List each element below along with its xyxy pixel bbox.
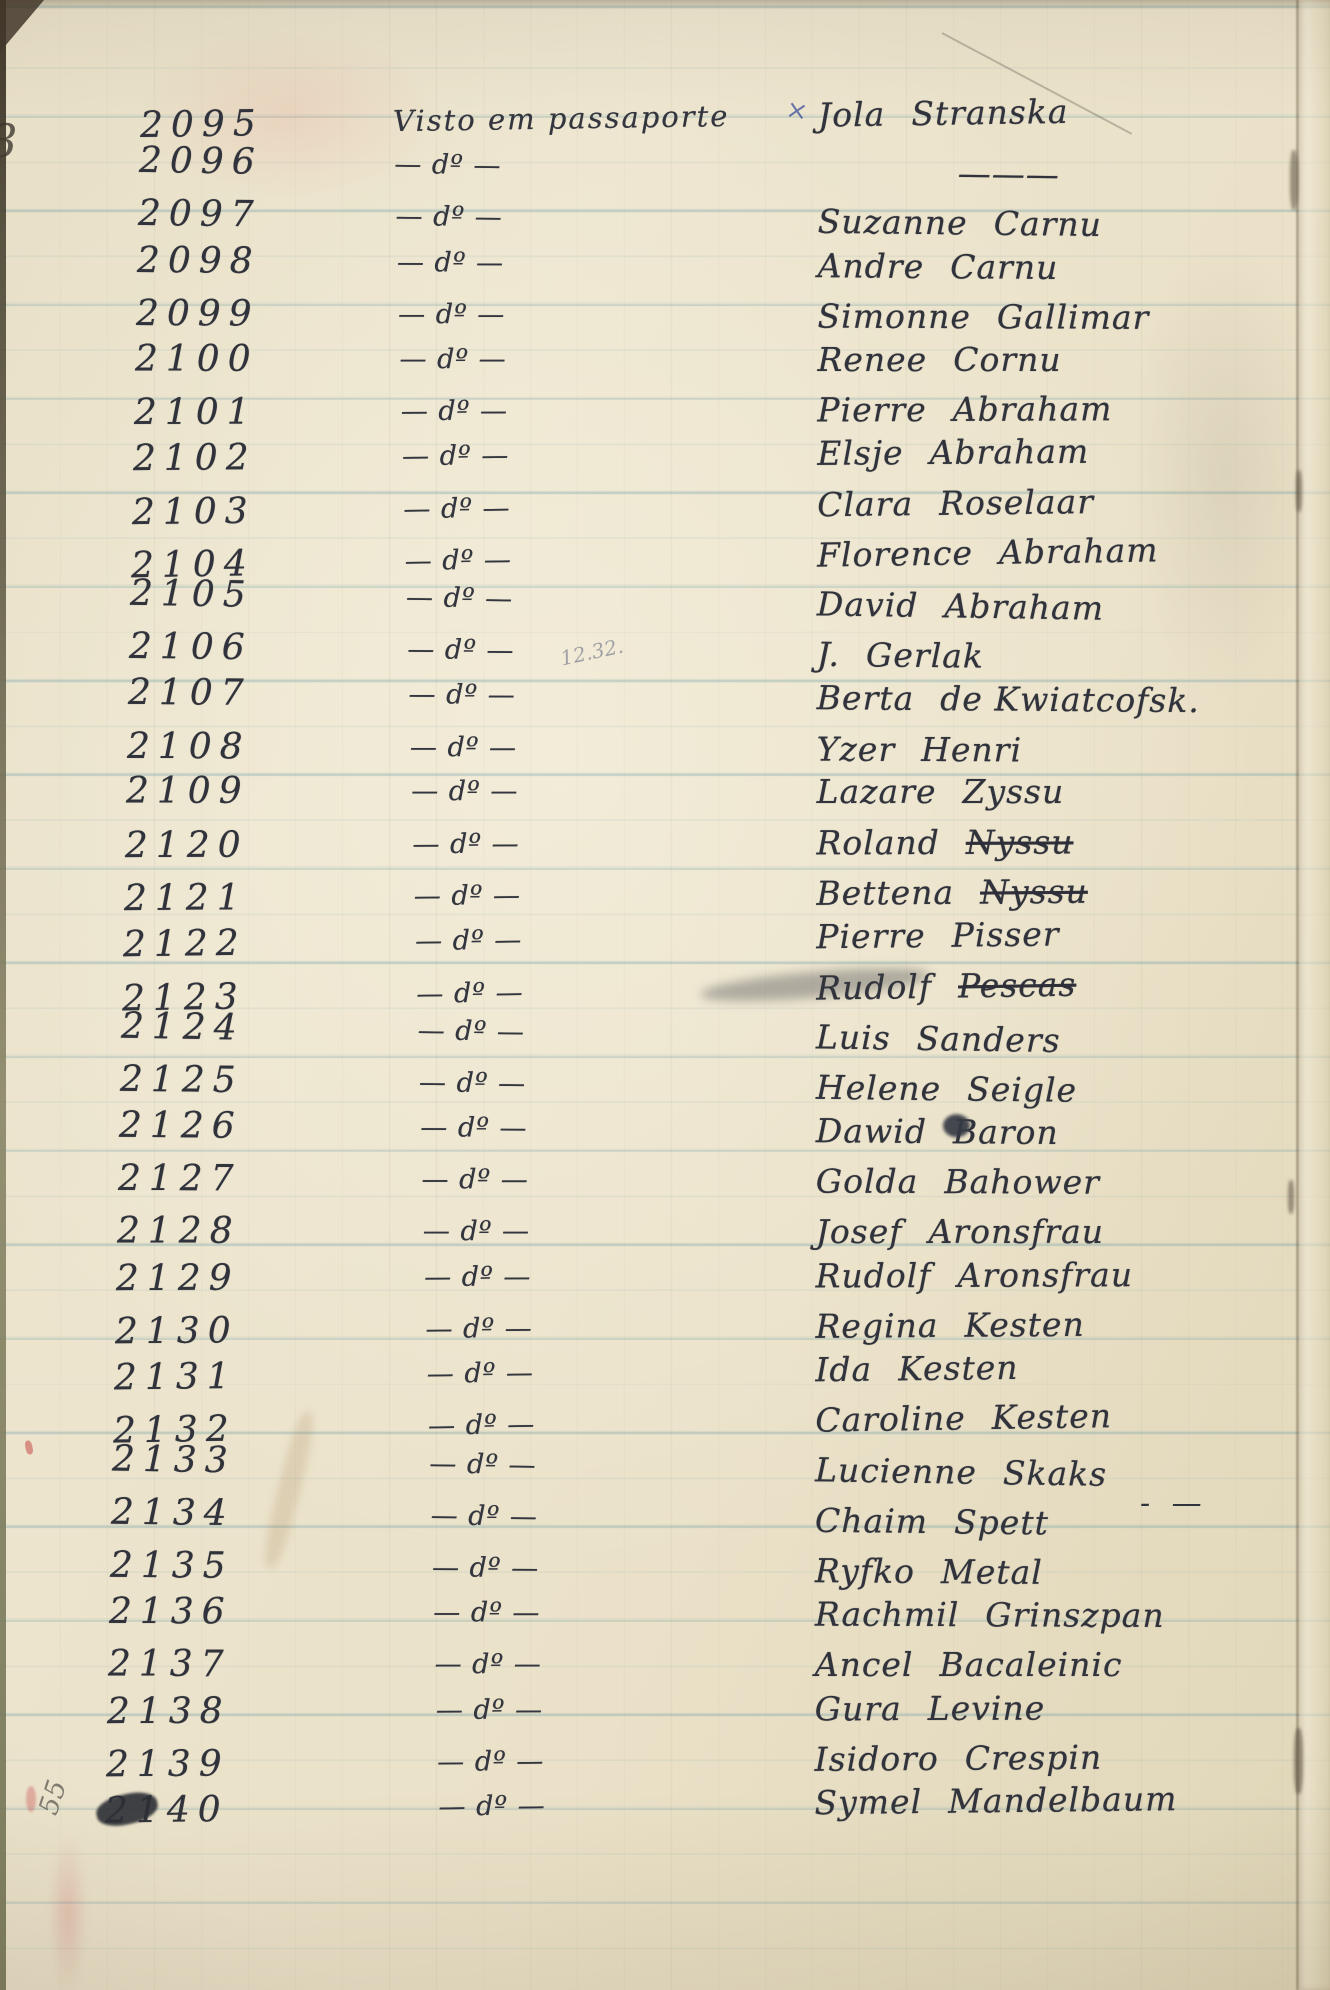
entry-name: GuraLevine bbox=[746, 1687, 1330, 1728]
entry-name: PierrePisser bbox=[725, 911, 1330, 957]
entry-given-name: Ida bbox=[815, 1349, 872, 1389]
ditto-mark: — dº — bbox=[427, 1355, 737, 1390]
entry-surname: Abraham bbox=[929, 432, 1089, 472]
tear-mark bbox=[1296, 470, 1302, 512]
ditto-mark: — dº — bbox=[402, 439, 712, 472]
ledger-row: 2098 — dº — AndreCarnu bbox=[0, 234, 1330, 292]
ditto-mark: — dº — bbox=[435, 1649, 745, 1680]
ledger-row: 2137 — dº — AncelBacaleinic bbox=[0, 1640, 1330, 1688]
entry-given-name: Caroline bbox=[815, 1398, 966, 1439]
ditto-mark: — dº — bbox=[424, 1260, 734, 1292]
ditto-mark: — dº — bbox=[431, 1500, 741, 1535]
entry-number: 2131 bbox=[0, 1355, 334, 1400]
entry-name: SimonneGallimar bbox=[708, 295, 1330, 336]
entry-surname: Grinszpan bbox=[985, 1595, 1164, 1635]
tear-mark bbox=[1290, 150, 1298, 210]
ditto-mark: — dº — bbox=[436, 1693, 746, 1725]
entry-surname: Pescas bbox=[958, 964, 1077, 1005]
entry-surname: Spett bbox=[954, 1502, 1049, 1542]
ditto-mark: — dº — bbox=[417, 1015, 727, 1051]
entry-surname: Sanders bbox=[916, 1018, 1060, 1059]
entry-surname: Abraham bbox=[944, 586, 1104, 627]
ditto-mark: — dº — bbox=[437, 1744, 747, 1777]
entry-surname: Abraham bbox=[953, 389, 1113, 429]
ditto-mark: — dº — bbox=[412, 827, 722, 859]
entry-number: 2106 bbox=[0, 624, 349, 669]
entry-number: 2126 bbox=[0, 1104, 339, 1148]
entry-given-name: Florence bbox=[817, 533, 973, 574]
entry-name: RudolfAronsfrau bbox=[734, 1254, 1330, 1295]
entry-given-name: Roland bbox=[816, 822, 939, 861]
entry-surname: Aronsfrau bbox=[928, 1212, 1104, 1251]
right-torn-margin bbox=[1299, 0, 1330, 1990]
ditto-mark: — dº — bbox=[433, 1597, 743, 1629]
entry-name: ElsjeAbraham bbox=[712, 430, 1330, 474]
entry-number: 2108 bbox=[0, 725, 347, 767]
ditto-mark: Visto em passaporte bbox=[393, 99, 703, 138]
entry-number: 2133 bbox=[0, 1436, 332, 1482]
entry-surname: Kesten bbox=[898, 1348, 1019, 1388]
ditto-mark: — dº — bbox=[404, 541, 714, 577]
entry-given-name: J. bbox=[817, 634, 841, 673]
entry-name: SymelMandelbaum bbox=[748, 1777, 1330, 1823]
entry-given-name: Josef bbox=[816, 1212, 903, 1251]
ditto-mark: — dº — bbox=[400, 344, 710, 375]
entry-surname: Levine bbox=[928, 1688, 1046, 1727]
entry-surname: Carnu bbox=[950, 246, 1059, 286]
entry-number: 2103 bbox=[0, 489, 352, 534]
entry-surname: Bahower bbox=[944, 1162, 1100, 1202]
entry-number: 2101 bbox=[0, 391, 354, 433]
ledger-row: 2100 — dº — ReneeCornu bbox=[0, 335, 1330, 383]
entry-name: PierreAbraham bbox=[711, 388, 1330, 429]
entry-surname: Nyssu bbox=[966, 822, 1074, 861]
entry-number: 2099 bbox=[0, 292, 356, 334]
ditto-mark: — dº — bbox=[408, 679, 718, 712]
entry-number: 2096 bbox=[0, 137, 359, 184]
ditto-mark: — dº — bbox=[415, 922, 725, 957]
entry-number: 2125 bbox=[0, 1057, 340, 1102]
ditto-mark: — dº — bbox=[438, 1788, 748, 1823]
entry-given-name: Chaim bbox=[815, 1500, 928, 1540]
entry-name: YzerHenri bbox=[720, 728, 1330, 769]
entry-surname: de Kwiatcofsk. bbox=[940, 679, 1200, 720]
entry-name: LazareZyssu bbox=[721, 772, 1330, 811]
entry-given-name: Ancel bbox=[815, 1645, 914, 1684]
tear-mark bbox=[1294, 1728, 1303, 1794]
entry-name: AncelBacaleinic bbox=[745, 1645, 1330, 1684]
entry-name: ChaimSpett bbox=[740, 1499, 1330, 1545]
entry-number: 2135 bbox=[0, 1543, 330, 1587]
entry-surname: Roselaar bbox=[939, 481, 1094, 522]
ditto-mark: — dº — bbox=[429, 1447, 739, 1483]
entry-surname: Nyssu bbox=[980, 871, 1088, 911]
entry-given-name: Lucienne bbox=[815, 1449, 977, 1490]
ditto-mark: — dº — bbox=[420, 1112, 730, 1145]
entry-name: LuisSanders bbox=[727, 1015, 1330, 1063]
row-2134-extra-dashes: - — bbox=[1140, 1486, 1208, 1521]
entry-name: GoldaBahower bbox=[732, 1161, 1330, 1202]
entry-given-name: Dawid bbox=[816, 1111, 927, 1151]
entry-name: RyfkoMetal bbox=[742, 1550, 1330, 1594]
entry-given-name: Pierre bbox=[816, 916, 926, 956]
ledger-row: 2099 — dº — SimonneGallimar bbox=[0, 288, 1330, 341]
ditto-mark: — dº — bbox=[398, 298, 708, 330]
ditto-mark: — dº — bbox=[416, 973, 726, 1009]
entry-given-name: Bettena bbox=[816, 872, 954, 912]
top-edge-shadow bbox=[0, 0, 1330, 10]
entry-given-name: Regina bbox=[815, 1305, 938, 1345]
entry-given-name: Helene bbox=[816, 1067, 942, 1107]
entry-given-name: Luis bbox=[816, 1017, 891, 1057]
entry-name: CarolineKesten bbox=[738, 1393, 1330, 1441]
entry-given-name: Simonne bbox=[818, 296, 972, 336]
entry-surname: Aronsfrau bbox=[957, 1254, 1133, 1294]
entry-name: IsidoroCrespin bbox=[747, 1735, 1330, 1778]
ditto-mark: — dº — bbox=[423, 1216, 733, 1247]
entry-number: 2130 bbox=[0, 1309, 335, 1353]
entry-given-name: Rachmil bbox=[815, 1594, 960, 1634]
entry-given-name: Pierre bbox=[817, 390, 927, 429]
entry-surname: Pisser bbox=[951, 914, 1059, 954]
ledger-rows: 2095 Visto em passaporte JolaStranska 20… bbox=[0, 0, 1330, 1990]
ditto-mark: — dº — bbox=[422, 1164, 732, 1196]
entry-surname: Bacaleinic bbox=[939, 1645, 1122, 1684]
entry-number: 2121 bbox=[0, 876, 344, 920]
ditto-mark: — dº — bbox=[419, 1067, 729, 1102]
ditto-mark: — dº — bbox=[406, 582, 716, 618]
tear-mark bbox=[1288, 1180, 1294, 1214]
entry-given-name: Berta bbox=[817, 678, 915, 718]
ledger-row: 2128 — dº — JosefAronsfrau bbox=[0, 1208, 1330, 1256]
entry-given-name: Yzer bbox=[817, 729, 896, 768]
entry-number: 2105 bbox=[0, 570, 350, 616]
entry-given-name: Andre bbox=[818, 245, 925, 285]
entry-given-name: Isidoro bbox=[814, 1738, 938, 1778]
entry-number: 2124 bbox=[0, 1003, 341, 1049]
entry-surname: Skaks bbox=[1003, 1452, 1108, 1493]
entry-number: 2136 bbox=[0, 1590, 329, 1632]
entry-given-name: Suzanne bbox=[818, 202, 968, 243]
ditto-mark: — dº — bbox=[395, 201, 705, 236]
ledger-row: 2109 — dº — LazareZyssu bbox=[0, 768, 1330, 816]
entry-name: ——— bbox=[704, 149, 1330, 198]
ditto-mark: — dº — bbox=[411, 776, 721, 807]
entry-surname: Cornu bbox=[953, 340, 1061, 379]
entry-given-name: Golda bbox=[816, 1161, 919, 1200]
entry-number: 2109 bbox=[0, 771, 346, 812]
entry-name: JosefAronsfrau bbox=[733, 1212, 1330, 1251]
entry-number: 2128 bbox=[0, 1211, 337, 1252]
ledger-row: 2129 — dº — RudolfAronsfrau bbox=[0, 1249, 1330, 1302]
entry-given-name: Ryfko bbox=[815, 1551, 915, 1591]
entry-number: 2127 bbox=[0, 1157, 338, 1199]
entry-number: 2122 bbox=[0, 922, 343, 967]
entry-surname: Henri bbox=[921, 729, 1022, 768]
ledger-row: 2136 — dº — RachmilGrinszpan bbox=[0, 1587, 1330, 1640]
entry-surname: Zyssu bbox=[963, 772, 1065, 811]
entry-given-name bbox=[818, 151, 819, 190]
entry-number: 2098 bbox=[0, 238, 357, 282]
entry-name: LucienneSkaks bbox=[739, 1448, 1330, 1496]
entry-surname: Crespin bbox=[965, 1737, 1103, 1777]
entry-given-name: David bbox=[817, 584, 919, 625]
entry-surname: Carnu bbox=[994, 204, 1103, 244]
entry-number: 2100 bbox=[0, 339, 355, 380]
entry-given-name: Symel bbox=[814, 1782, 922, 1822]
left-sheet-edge bbox=[0, 0, 6, 1990]
ditto-mark: — dº — bbox=[403, 490, 713, 525]
entry-name: DawidBaron bbox=[730, 1110, 1330, 1154]
entry-given-name: Jola bbox=[818, 94, 886, 134]
entry-number: 2129 bbox=[0, 1257, 336, 1299]
entry-surname: Gerlak bbox=[866, 635, 984, 675]
entry-surname: Seigle bbox=[967, 1069, 1077, 1109]
entry-surname: Mandelbaum bbox=[948, 1779, 1178, 1821]
ledger-row: 2126 — dº — DawidBaron bbox=[0, 1100, 1330, 1158]
ditto-mark: — dº — bbox=[401, 395, 711, 427]
entry-name: AndreCarnu bbox=[707, 244, 1330, 288]
entry-surname: Baron bbox=[953, 1112, 1059, 1152]
entry-surname: Kesten bbox=[964, 1304, 1085, 1344]
entry-number: 2134 bbox=[0, 1490, 331, 1535]
entry-number: 2107 bbox=[0, 671, 348, 715]
entry-given-name: Clara bbox=[817, 483, 913, 523]
ledger-row: 2107 — dº — Bertade Kwiatcofsk. bbox=[0, 667, 1330, 725]
ditto-mark: — dº — bbox=[394, 149, 704, 185]
entry-given-name: Renee bbox=[818, 340, 928, 379]
entry-name: ClaraRoselaar bbox=[713, 478, 1330, 524]
ink-blot bbox=[943, 1114, 970, 1137]
entry-name: DavidAbraham bbox=[716, 582, 1330, 630]
ditto-mark: — dº — bbox=[410, 731, 720, 763]
ditto-mark: — dº — bbox=[432, 1552, 742, 1585]
ditto-mark: — dº — bbox=[425, 1311, 735, 1344]
ditto-mark: — dº — bbox=[397, 246, 707, 279]
entry-surname: Gallimar bbox=[997, 297, 1150, 337]
entry-name: RachmilGrinszpan bbox=[743, 1594, 1330, 1635]
entry-name: IdaKesten bbox=[737, 1344, 1330, 1390]
entry-name: SuzanneCarnu bbox=[705, 200, 1330, 246]
ledger-row: 2127 — dº — GoldaBahower bbox=[0, 1154, 1330, 1207]
entry-number: 2102 bbox=[0, 436, 353, 480]
ledger-row: 2138 — dº — GuraLevine bbox=[0, 1682, 1330, 1735]
entry-number: 2137 bbox=[0, 1644, 328, 1685]
entry-number: 2138 bbox=[0, 1689, 327, 1731]
entry-given-name: Rudolf bbox=[816, 1255, 932, 1294]
entry-name: Bertade Kwiatcofsk. bbox=[718, 677, 1330, 721]
entry-surname: Kesten bbox=[991, 1396, 1112, 1437]
entry-surname: Metal bbox=[941, 1552, 1043, 1592]
ledger-page: 2095 Visto em passaporte JolaStranska 20… bbox=[0, 0, 1330, 1990]
ditto-mark: — dº — bbox=[414, 878, 724, 911]
ledger-row: 2120 — dº — RolandNyssu bbox=[0, 816, 1330, 869]
entry-given-name: Lazare bbox=[817, 772, 937, 811]
entry-given-name: Elsje bbox=[817, 433, 904, 473]
ditto-mark: — dº — bbox=[428, 1406, 738, 1442]
entry-name: ReneeCornu bbox=[710, 340, 1330, 379]
entry-surname: Abraham bbox=[999, 530, 1159, 571]
ledger-row: 2102 — dº — ElsjeAbraham bbox=[0, 425, 1330, 483]
ledger-row: 2108 — dº — YzerHenri bbox=[0, 721, 1330, 774]
entry-name: RolandNyssu bbox=[722, 821, 1330, 862]
entry-surname: ——— bbox=[958, 153, 1061, 194]
entry-name: FlorenceAbraham bbox=[714, 527, 1330, 575]
entry-given-name: Gura bbox=[815, 1688, 902, 1727]
entry-number: 2120 bbox=[0, 824, 345, 866]
entry-number: 2097 bbox=[0, 191, 358, 236]
entry-surname: Stranska bbox=[911, 91, 1069, 132]
